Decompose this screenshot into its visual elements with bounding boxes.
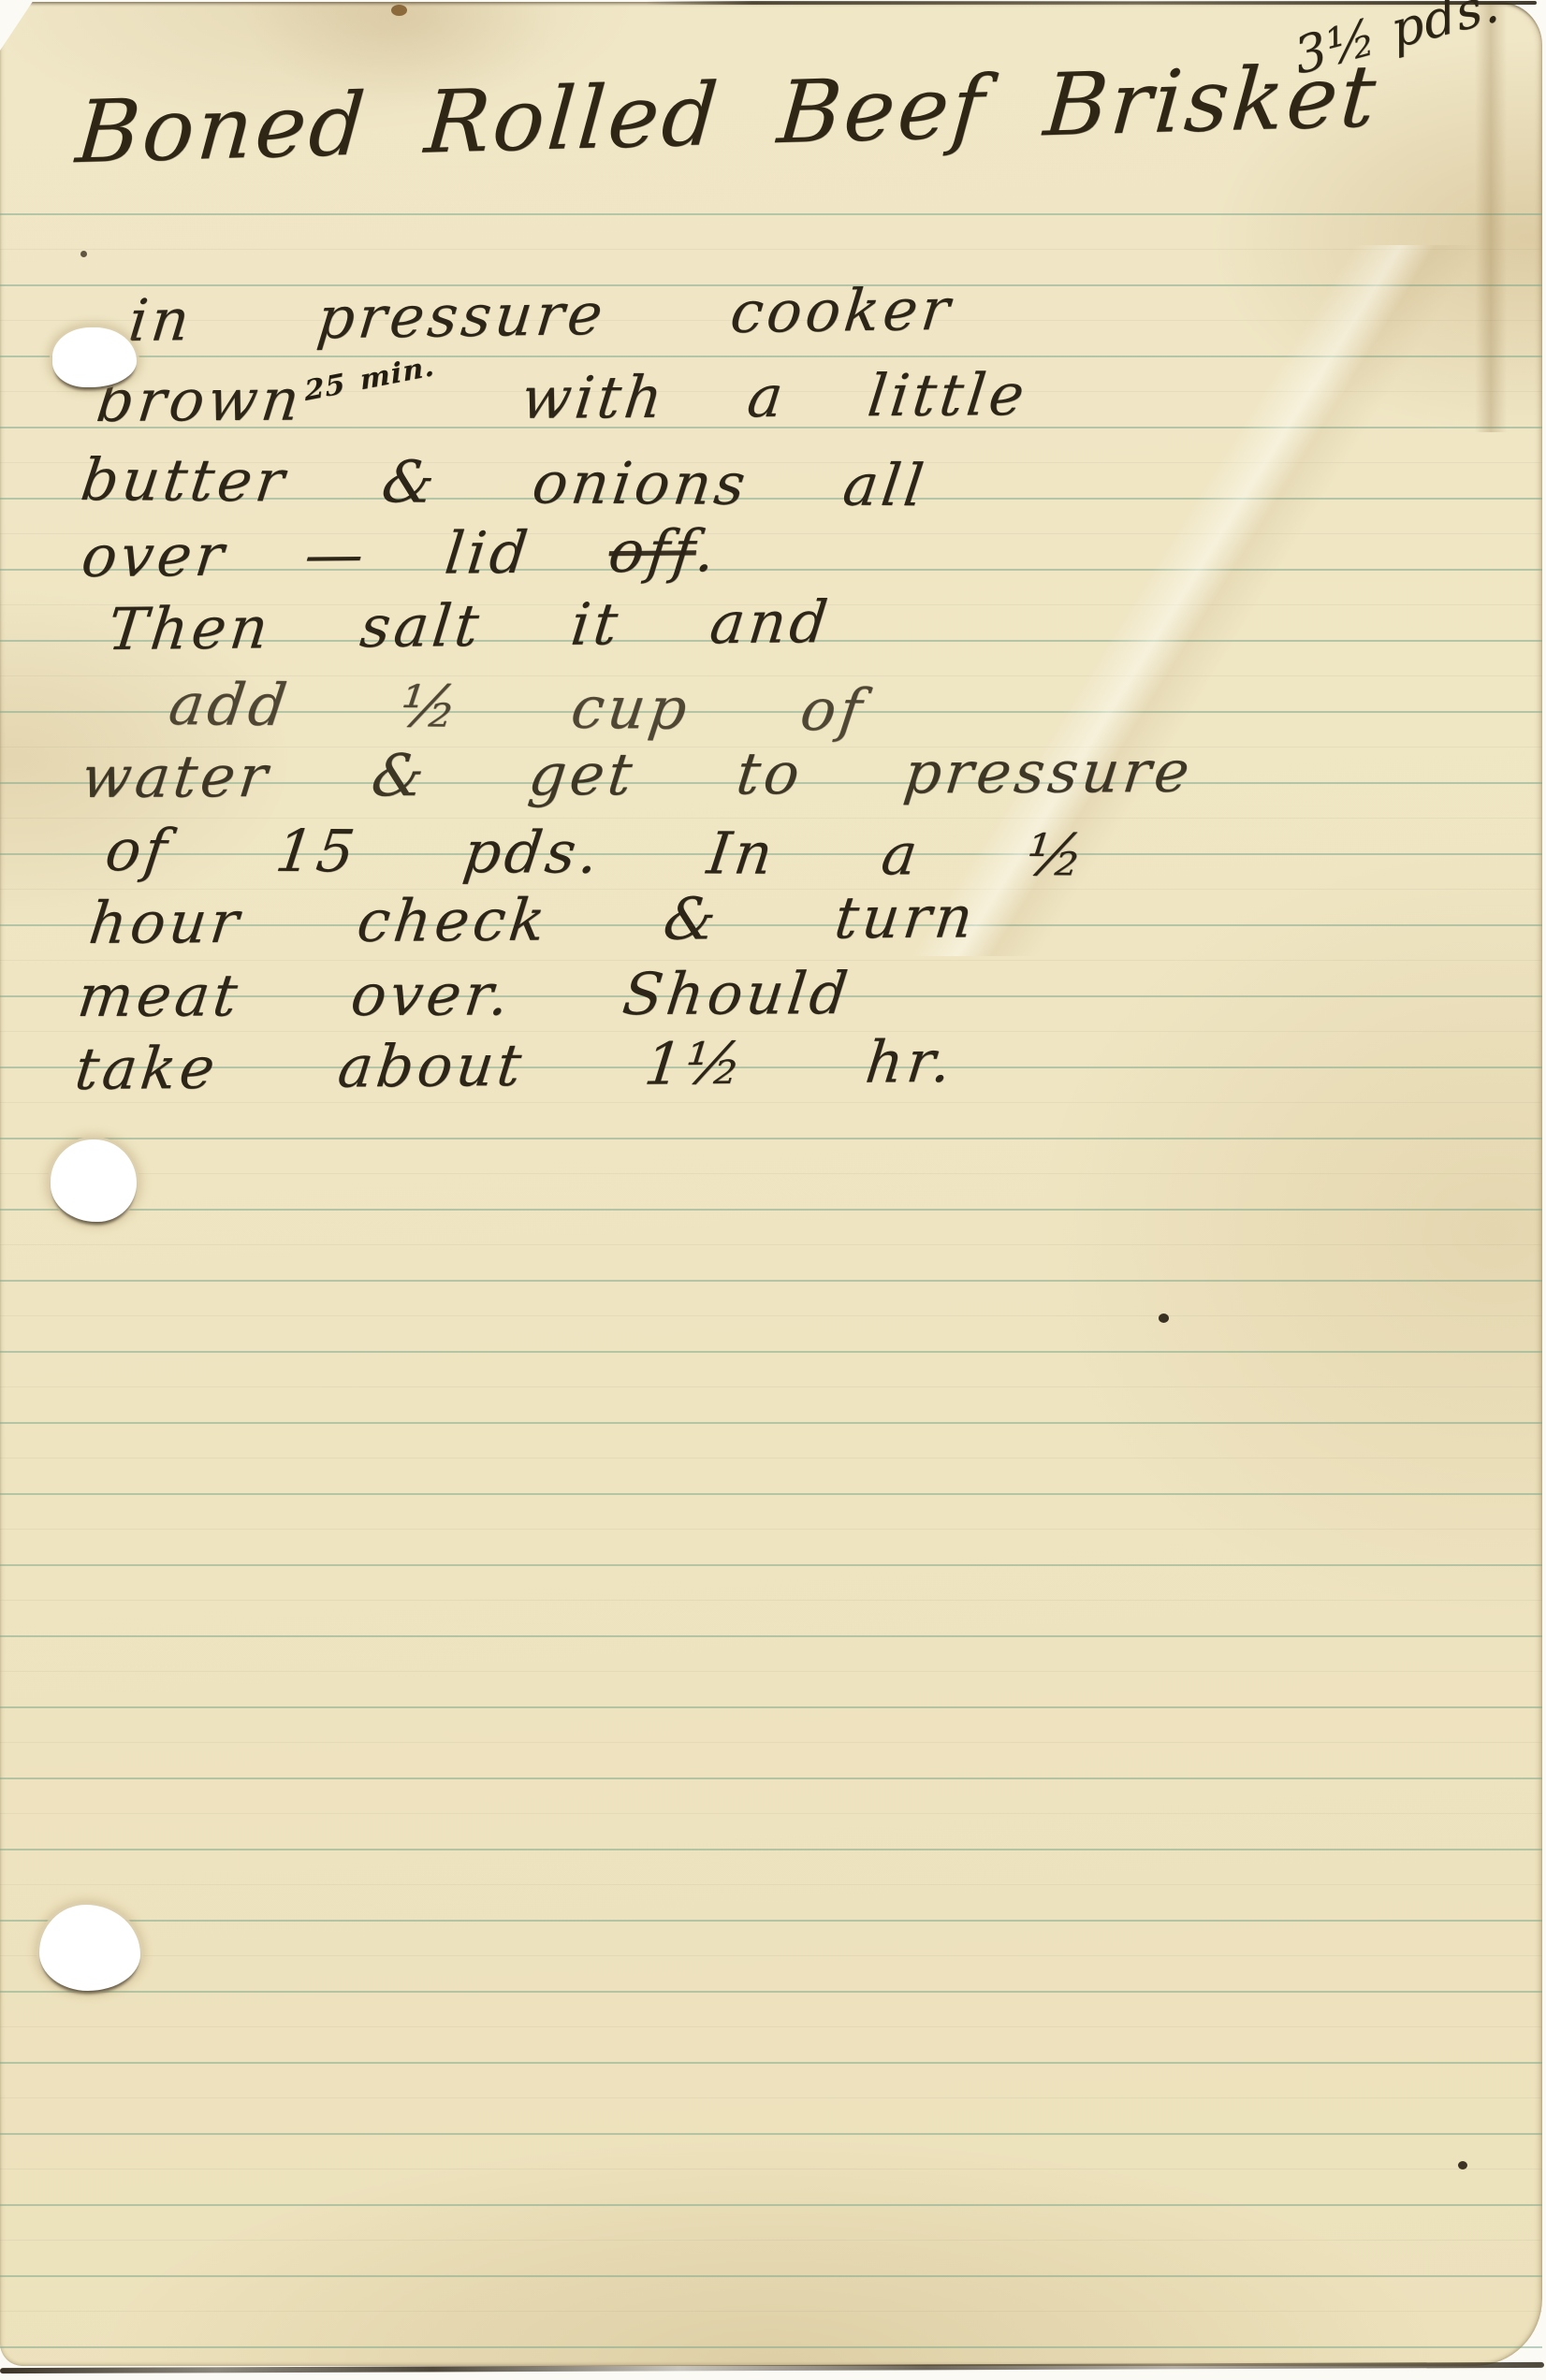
punch-hole-middle — [51, 1139, 137, 1222]
recipe-line-1-text: in pressure cooker — [125, 275, 956, 355]
recipe-line-7-text: water & get to pressure — [78, 737, 1196, 811]
recipe-line-4: over — lid off. — [79, 516, 722, 590]
recipe-line-9-text: hour check & turn — [86, 882, 981, 957]
scanned-recipe-page: 3½ pds. Boned Rolled Beef Brisket in pre… — [0, 0, 1546, 2380]
recipe-line-8-text: of 15 pds. In a ½ — [102, 816, 1091, 889]
recipe-line-11: take about 1½ hr. — [72, 1027, 958, 1103]
recipe-line-6-text: add ½ cup of — [165, 670, 869, 744]
recipe-line-5-text: Then salt it and — [105, 588, 835, 663]
recipe-line-2: brown25 min. with a little — [94, 360, 1032, 435]
recipe-line-10: meat over. Should — [74, 959, 854, 1030]
punch-hole-top — [52, 327, 137, 387]
recipe-line-10-text: meat over. Should — [74, 959, 854, 1030]
recipe-line-4-text-pre: over — lid — [79, 517, 613, 590]
recipe-line-7: water & get to pressure — [78, 737, 1196, 811]
recipe-line-2-text-post: with a little — [518, 360, 1032, 432]
recipe-line-9: hour check & turn — [86, 882, 981, 957]
recipe-line-1: in pressure cooker — [125, 275, 956, 355]
paper-sheet — [0, 2, 1542, 2366]
recipe-line-8: of 15 pds. In a ½ — [102, 816, 1091, 889]
recipe-line-6: add ½ cup of — [165, 670, 869, 744]
paper-crease-vertical — [1475, 2, 1507, 432]
recipe-line-4-overwritten-word: off — [605, 516, 700, 586]
recipe-line-11-text: take about 1½ hr. — [72, 1027, 958, 1103]
recipe-line-3-text: butter & onions all — [78, 445, 931, 519]
recipe-line-5: Then salt it and — [105, 588, 835, 663]
recipe-line-3: butter & onions all — [78, 445, 931, 519]
